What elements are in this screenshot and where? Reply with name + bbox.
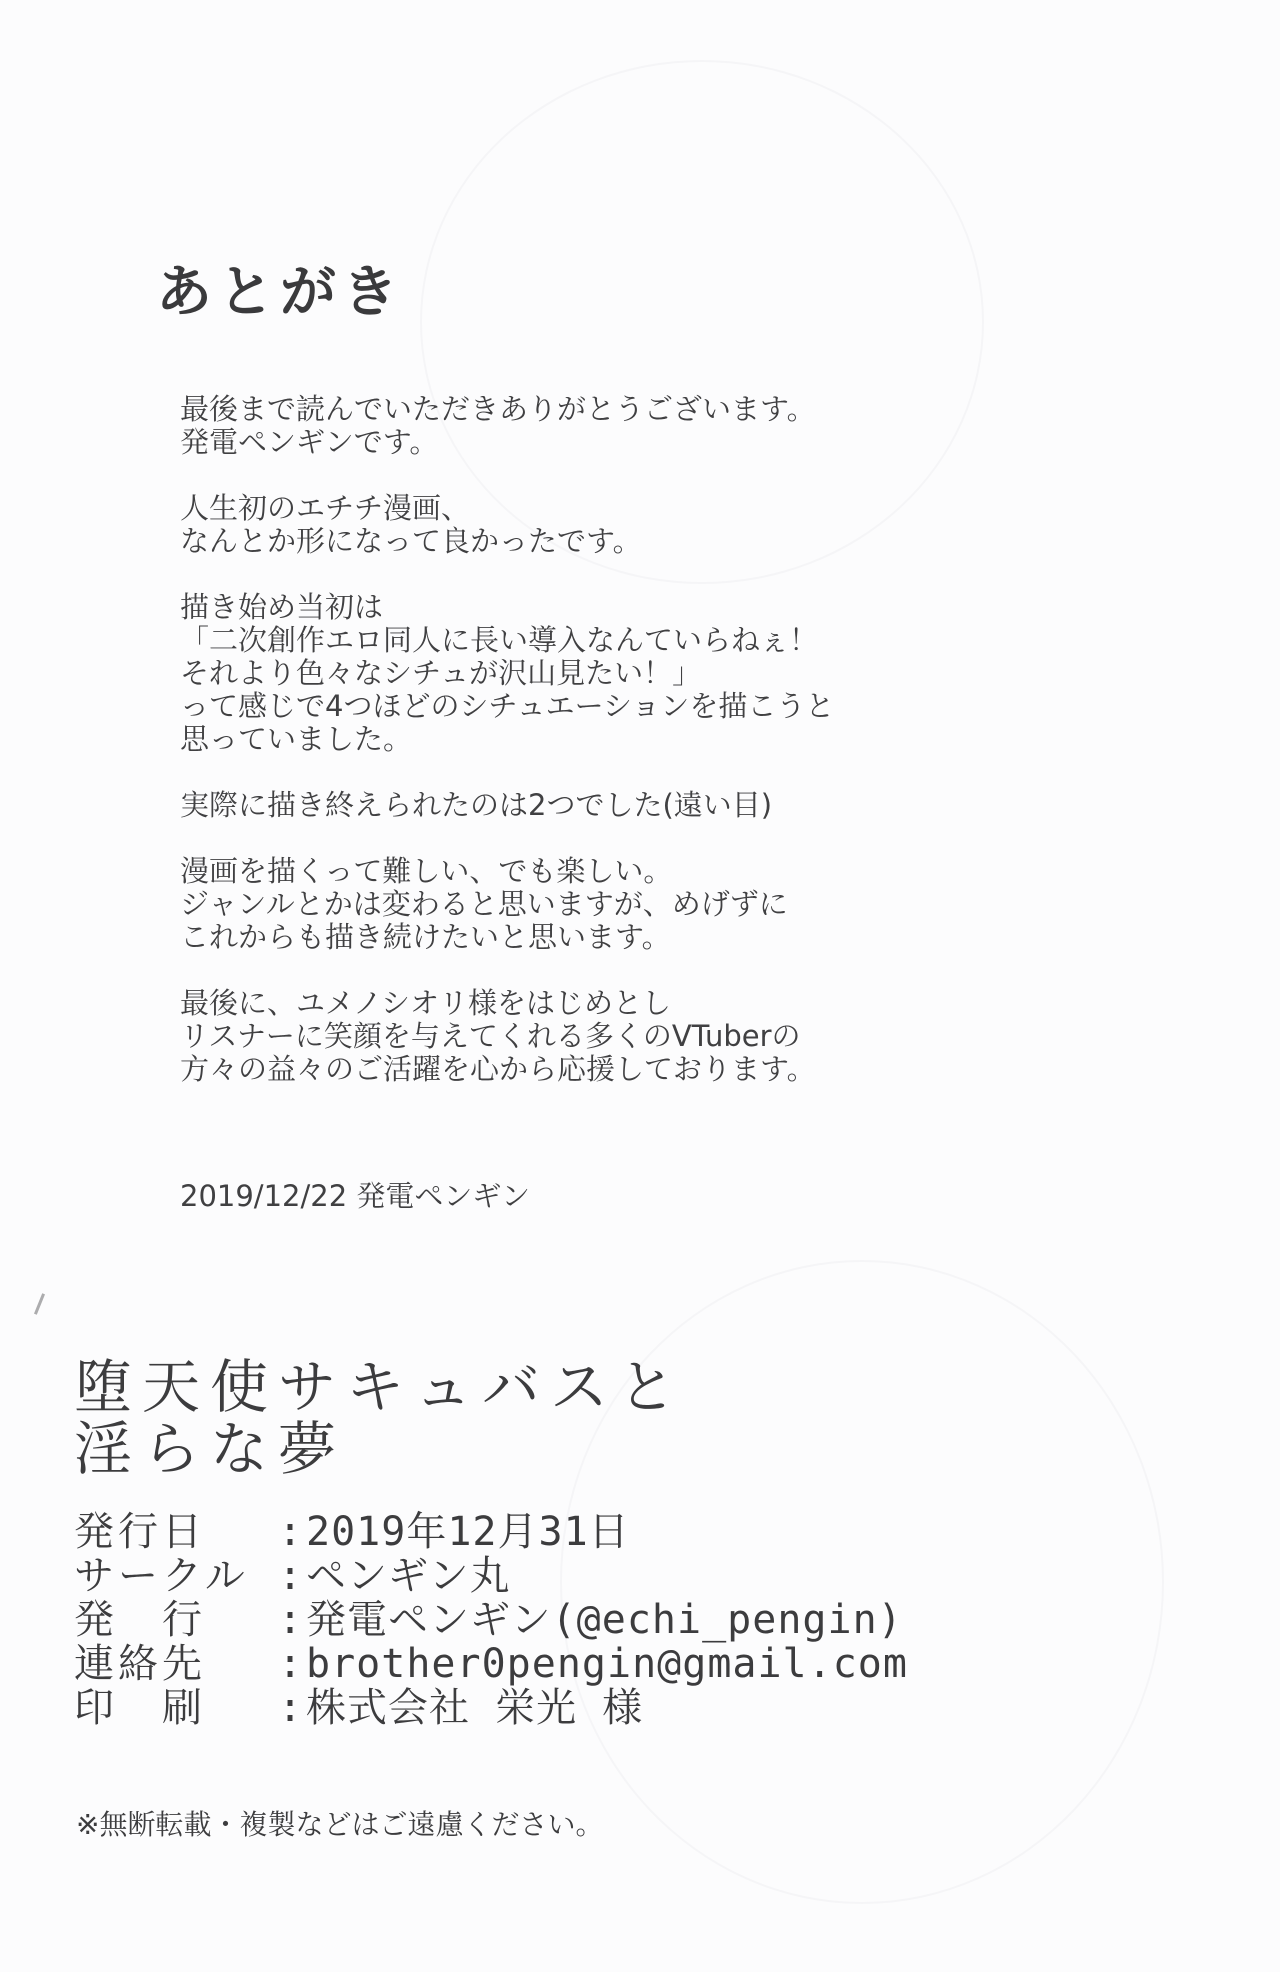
text-line: 思っていました。: [180, 723, 1080, 756]
colophon-label: サークル: [74, 1554, 274, 1598]
afterword-heading: あとがき: [156, 248, 404, 328]
paragraph-first-work: 人生初のエチチ漫画、 なんとか形になって良かったです。: [180, 492, 1080, 558]
colophon-row-printer: 印 刷 : 株式会社 栄光 様: [74, 1686, 908, 1730]
colophon-separator: :: [274, 1554, 306, 1598]
colophon-value: ペンギン丸: [306, 1554, 511, 1598]
paragraph-plan: 描き始め当初は 「二次創作エロ同人に長い導入なんていらねぇ！ それより色々なシチ…: [180, 591, 1080, 756]
text-line: 人生初のエチチ漫画、: [180, 492, 1080, 525]
paragraph-result: 実際に描き終えられたのは2つでした(遠い目): [180, 789, 1080, 822]
text-line: 発電ペンギンです。: [180, 426, 1080, 459]
text-line: 「二次創作エロ同人に長い導入なんていらねぇ！: [180, 624, 1080, 657]
colophon-row-date: 発行日 : 2019年12月31日: [74, 1510, 908, 1554]
text-line: 方々の益々のご活躍を心から応援しております。: [180, 1053, 1080, 1086]
afterword-signature: 2019/12/22 発電ペンギン: [180, 1180, 530, 1213]
afterword-body: 最後まで読んでいただきありがとうございます。 発電ペンギンです。 人生初のエチチ…: [180, 393, 1080, 1119]
text-line: ジャンルとかは変わると思いますが、めげずに: [180, 888, 1080, 921]
colophon-value: brother0pengin@gmail.com: [306, 1642, 908, 1686]
stray-mark: [34, 1293, 45, 1315]
colophon-value: 株式会社 栄光 様: [306, 1686, 643, 1730]
colophon: 発行日 : 2019年12月31日 サークル : ペンギン丸 発 行 : 発電ペ…: [74, 1510, 908, 1730]
title-line: 淫らな夢: [74, 1418, 686, 1480]
text-line: 最後まで読んでいただきありがとうございます。: [180, 393, 1080, 426]
colophon-separator: :: [274, 1510, 306, 1554]
colophon-row-circle: サークル : ペンギン丸: [74, 1554, 908, 1598]
text-line: 最後に、ユメノシオリ様をはじめとし: [180, 987, 1080, 1020]
colophon-separator: :: [274, 1686, 306, 1730]
colophon-row-publisher: 発 行 : 発電ペンギン(@echi_pengin): [74, 1598, 908, 1642]
paragraph-thanks: 最後まで読んでいただきありがとうございます。 発電ペンギンです。: [180, 393, 1080, 459]
colophon-label: 印 刷: [74, 1686, 274, 1730]
text-line: 実際に描き終えられたのは2つでした(遠い目): [180, 789, 1080, 822]
colophon-label: 連絡先: [74, 1642, 274, 1686]
colophon-value: 発電ペンギン(@echi_pengin): [306, 1598, 903, 1642]
text-line: リスナーに笑顔を与えてくれる多くのVTuberの: [180, 1020, 1080, 1053]
colophon-separator: :: [274, 1598, 306, 1642]
book-title: 堕天使サキュバスと 淫らな夢: [74, 1356, 686, 1480]
text-line: 漫画を描くって難しい、でも楽しい。: [180, 855, 1080, 888]
colophon-label: 発 行: [74, 1598, 274, 1642]
text-line: これからも描き続けたいと思います。: [180, 921, 1080, 954]
text-line: って感じで4つほどのシチュエーションを描こうと: [180, 690, 1080, 723]
title-line: 堕天使サキュバスと: [74, 1356, 686, 1418]
reproduction-notice: ※無断転載・複製などはご遠慮ください。: [76, 1808, 603, 1842]
paragraph-reflection: 漫画を描くって難しい、でも楽しい。 ジャンルとかは変わると思いますが、めげずに …: [180, 855, 1080, 954]
text-line: 描き始め当初は: [180, 591, 1080, 624]
text-line: それより色々なシチュが沢山見たい！」: [180, 657, 1080, 690]
paragraph-closing: 最後に、ユメノシオリ様をはじめとし リスナーに笑顔を与えてくれる多くのVTube…: [180, 987, 1080, 1086]
colophon-row-contact: 連絡先 : brother0pengin@gmail.com: [74, 1642, 908, 1686]
text-line: なんとか形になって良かったです。: [180, 525, 1080, 558]
colophon-label: 発行日: [74, 1510, 274, 1554]
colophon-value: 2019年12月31日: [306, 1510, 630, 1554]
colophon-separator: :: [274, 1642, 306, 1686]
